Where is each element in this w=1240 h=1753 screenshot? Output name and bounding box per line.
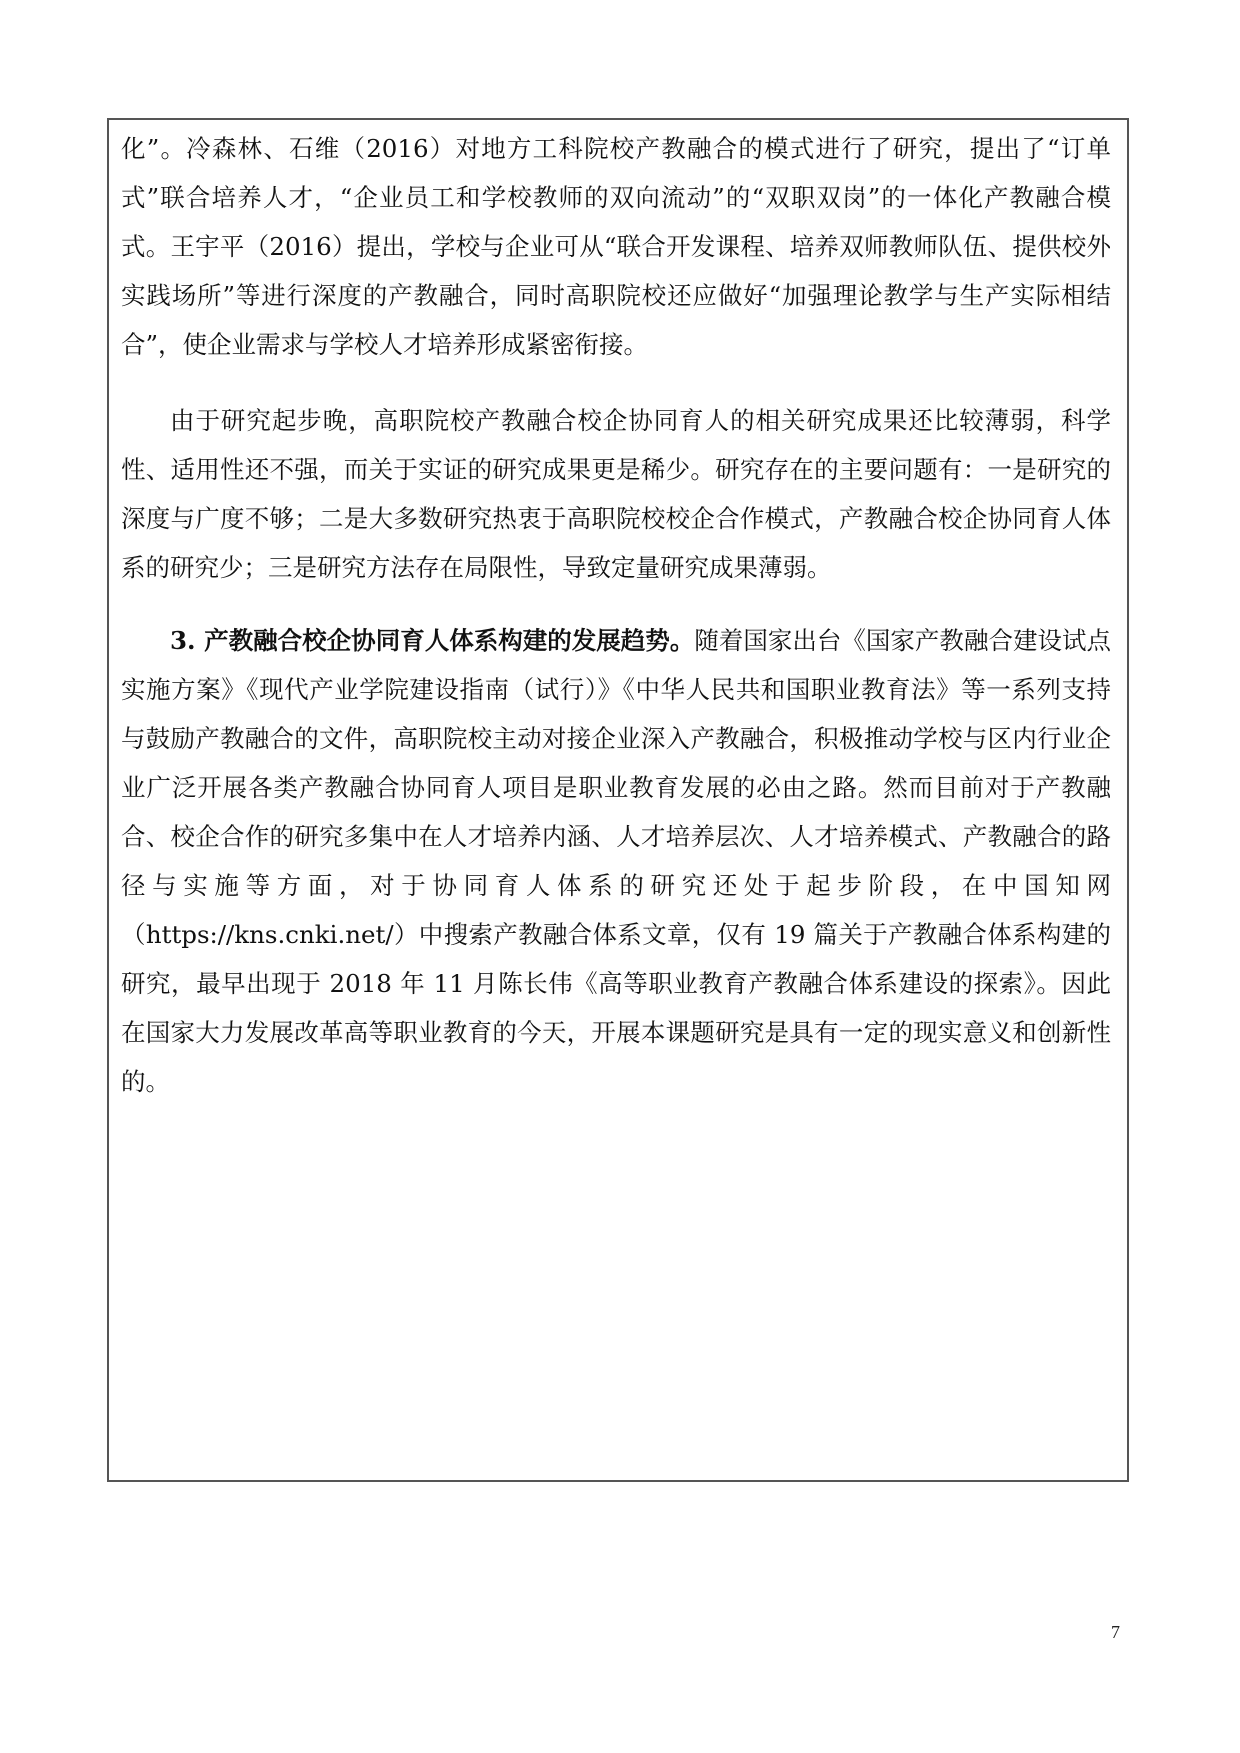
paragraph-development-trend: 3. 产教融合校企协同育人体系构建的发展趋势。随着国家出台《国家产教融合建设试点…	[121, 616, 1111, 1106]
section-heading-development-trend: 3. 产教融合校企协同育人体系构建的发展趋势。	[170, 626, 694, 655]
paragraph-prior-research: 化”。冷森林、石维（2016）对地方工科院校产教融合的模式进行了研究，提出了“订…	[121, 124, 1111, 369]
paragraph-research-problems: 由于研究起步晚，高职院校产教融合校企协同育人的相关研究成果还比较薄弱，科学性、适…	[121, 396, 1111, 592]
content-frame: 化”。冷森林、石维（2016）对地方工科院校产教融合的模式进行了研究，提出了“订…	[107, 118, 1129, 1482]
paragraph-development-trend-body: 随着国家出台《国家产教融合建设试点实施方案》《现代产业学院建设指南（试行）》《中…	[121, 626, 1111, 1096]
page-number: 7	[1111, 1622, 1120, 1643]
